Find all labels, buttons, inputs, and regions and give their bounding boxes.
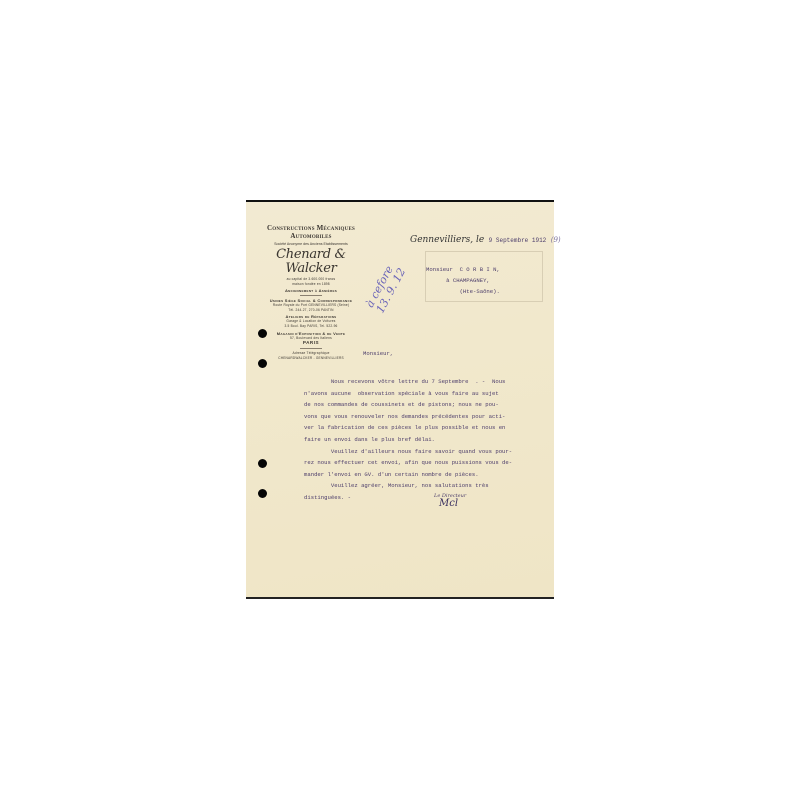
body-line: de nos commandes de coussinets et de pis… <box>304 399 544 411</box>
former-location: Anciennement à Asnières <box>252 288 370 293</box>
divider <box>300 295 322 296</box>
letter-page: Constructions Mécaniques Automobiles Soc… <box>246 200 554 599</box>
letterhead-title-1: Constructions Mécaniques <box>252 224 370 232</box>
dateline-place: Gennevilliers, le <box>410 235 484 245</box>
showroom-city: PARIS <box>252 340 370 346</box>
divider <box>300 348 322 349</box>
body-line: rez nous effectuer cet envoi, afin que n… <box>304 457 544 469</box>
dateline-date: 9 Septembre 1912 <box>489 237 547 244</box>
dateline: Gennevilliers, le 9 Septembre 1912 (9) <box>410 229 561 247</box>
recipient-address: Monsieur C O R B I N, à CHAMPAGNEY, (Hte… <box>426 264 500 297</box>
telegraph-value: CHENARDWALCKER - GENNEVILLIERS <box>252 356 370 361</box>
recipient-line: Monsieur C O R B I N, <box>426 264 500 275</box>
signature: Mcl <box>439 498 466 509</box>
salutation: Monsieur, <box>363 350 393 357</box>
company-founded: maison fondée en 1898 <box>252 282 370 287</box>
body-line: vons que vous renouveler nos demandes pr… <box>304 411 544 423</box>
letter-body: Nous recevons vôtre lettre du 7 Septembr… <box>304 376 544 504</box>
dateline-annotation: (9) <box>551 236 561 244</box>
handwritten-annotation: à cefore 13. 9. 12 <box>364 261 408 316</box>
letterhead: Constructions Mécaniques Automobiles Soc… <box>252 224 370 360</box>
body-line: Veuillez d'ailleurs nous faire savoir qu… <box>304 446 544 458</box>
body-line: Veuillez agréer, Monsieur, nos salutatio… <box>304 480 544 492</box>
punch-hole <box>258 489 267 498</box>
registered-office-tel: Tél. 244-27, 270-06 PANTIN <box>252 308 370 313</box>
body-line: ver la fabrication de ces pièces le plus… <box>304 422 544 434</box>
company-brand: Chenard & Walcker <box>252 248 370 276</box>
punch-hole <box>258 459 267 468</box>
body-line: mander l'envoi en GV. d'un certain nombr… <box>304 469 544 481</box>
workshops-address: 3.5 Boul. Bay PARIS, Tel. 522-96 <box>252 324 370 329</box>
punch-hole <box>258 359 267 368</box>
body-line: Nous recevons vôtre lettre du 7 Septembr… <box>304 376 544 388</box>
body-line: n'avons aucune observation spéciale à vo… <box>304 388 544 400</box>
signature-block: Le Directeur Mcl <box>434 493 466 509</box>
body-line: distinguées. - <box>304 492 544 504</box>
body-line: faire un envoi dans le plus bref délai. <box>304 434 544 446</box>
letterhead-title-2: Automobiles <box>252 232 370 240</box>
recipient-line: (Hte-Saône). <box>426 286 500 297</box>
recipient-line: à CHAMPAGNEY, <box>426 275 500 286</box>
